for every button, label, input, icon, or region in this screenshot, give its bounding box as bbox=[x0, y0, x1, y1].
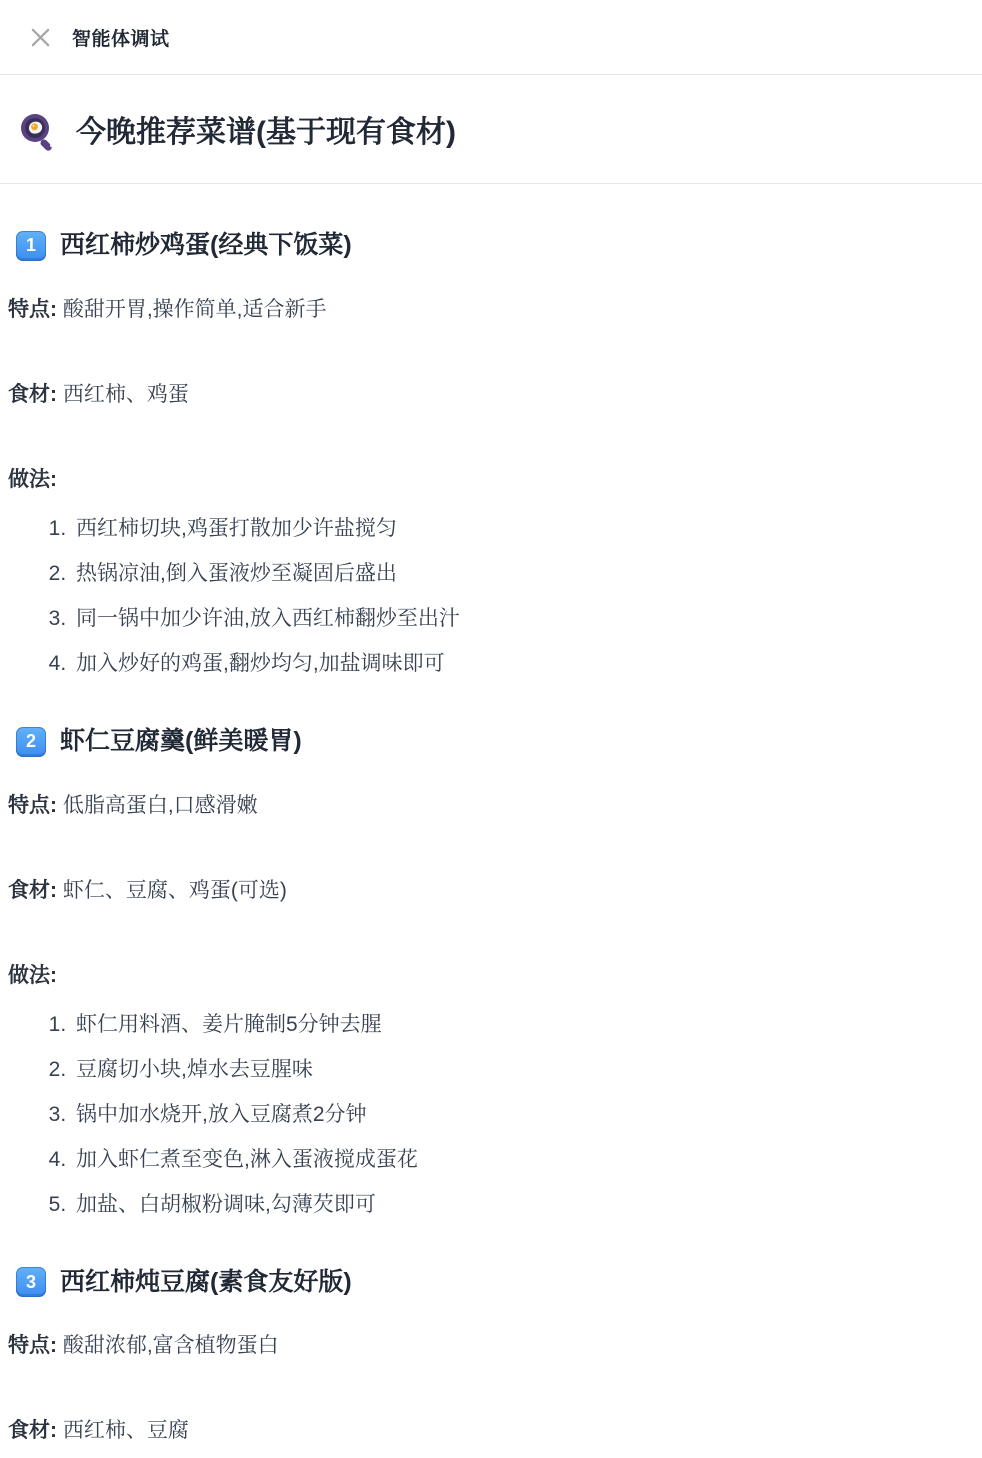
ingredients-line: 食材: 虾仁、豆腐、鸡蛋(可选) bbox=[8, 875, 958, 907]
ingredients-label: 食材: bbox=[8, 1419, 57, 1442]
frying-pan-egg-icon bbox=[18, 111, 60, 153]
feature-line: 特点: 酸甜浓郁,富含植物蛋白 bbox=[8, 1330, 958, 1362]
close-button[interactable] bbox=[28, 25, 52, 49]
debug-panel-header: 智能体调试 bbox=[0, 0, 982, 75]
steps-line: 做法: bbox=[8, 960, 958, 992]
step-item: 豆腐切小块,焯水去豆腥味 bbox=[72, 1054, 958, 1086]
step-item: 热锅凉油,倒入蛋液炒至凝固后盛出 bbox=[72, 558, 958, 590]
step-item: 西红柿切块,鸡蛋打散加少许盐搅匀 bbox=[72, 513, 958, 545]
recipe-heading: 2 虾仁豆腐羹(鲜美暖胃) bbox=[16, 725, 958, 759]
step-item: 虾仁用料酒、姜片腌制5分钟去腥 bbox=[72, 1009, 958, 1041]
steps-label: 做法: bbox=[8, 468, 57, 491]
step-item: 加入虾仁煮至变色,淋入蛋液搅成蛋花 bbox=[72, 1144, 958, 1176]
page-title-row: 今晚推荐菜谱(基于现有食材) bbox=[18, 75, 958, 183]
steps-list: 西红柿切块,鸡蛋打散加少许盐搅匀热锅凉油,倒入蛋液炒至凝固后盛出同一锅中加少许油… bbox=[8, 513, 958, 680]
divider bbox=[0, 183, 982, 184]
number-badge-icon: 3 bbox=[16, 1267, 46, 1297]
step-item: 同一锅中加少许油,放入西红柿翻炒至出汁 bbox=[72, 603, 958, 635]
feature-line: 特点: 酸甜开胃,操作简单,适合新手 bbox=[8, 294, 958, 326]
recipe-heading: 3 西红柿炖豆腐(素食友好版) bbox=[16, 1266, 958, 1300]
steps-list: 虾仁用料酒、姜片腌制5分钟去腥豆腐切小块,焯水去豆腥味锅中加水烧开,放入豆腐煮2… bbox=[8, 1009, 958, 1221]
ingredients-label: 食材: bbox=[8, 383, 57, 406]
feature-value: 酸甜浓郁,富含植物蛋白 bbox=[63, 1334, 279, 1357]
feature-label: 特点: bbox=[8, 298, 57, 321]
ingredients-value: 虾仁、豆腐、鸡蛋(可选) bbox=[63, 879, 287, 902]
feature-label: 特点: bbox=[8, 1334, 57, 1357]
feature-value: 低脂高蛋白,口感滑嫩 bbox=[63, 794, 258, 817]
page-title: 今晚推荐菜谱(基于现有食材) bbox=[76, 113, 456, 152]
steps-label: 做法: bbox=[8, 964, 57, 987]
step-item: 锅中加水烧开,放入豆腐煮2分钟 bbox=[72, 1099, 958, 1131]
panel-title: 智能体调试 bbox=[72, 24, 170, 51]
recipe-section-2: 2 虾仁豆腐羹(鲜美暖胃) 特点: 低脂高蛋白,口感滑嫩 食材: 虾仁、豆腐、鸡… bbox=[8, 725, 958, 1221]
ingredients-value: 西红柿、鸡蛋 bbox=[63, 383, 189, 406]
close-x-icon bbox=[29, 26, 52, 49]
step-item: 加盐、白胡椒粉调味,勾薄芡即可 bbox=[72, 1189, 958, 1221]
number-badge-icon: 2 bbox=[16, 727, 46, 757]
step-item: 加入炒好的鸡蛋,翻炒均匀,加盐调味即可 bbox=[72, 648, 958, 680]
recipe-section-1: 1 西红柿炒鸡蛋(经典下饭菜) 特点: 酸甜开胃,操作简单,适合新手 食材: 西… bbox=[8, 229, 958, 680]
ingredients-label: 食材: bbox=[8, 879, 57, 902]
recipe-heading: 1 西红柿炒鸡蛋(经典下饭菜) bbox=[16, 229, 958, 263]
recipe-section-3: 3 西红柿炖豆腐(素食友好版) 特点: 酸甜浓郁,富含植物蛋白 食材: 西红柿、… bbox=[8, 1266, 958, 1448]
number-badge-icon: 1 bbox=[16, 231, 46, 261]
ingredients-line: 食材: 西红柿、鸡蛋 bbox=[8, 379, 958, 411]
feature-value: 酸甜开胃,操作简单,适合新手 bbox=[63, 298, 327, 321]
recipe-document: 今晚推荐菜谱(基于现有食材) 1 西红柿炒鸡蛋(经典下饭菜) 特点: 酸甜开胃,… bbox=[0, 75, 982, 1447]
steps-line: 做法: bbox=[8, 464, 958, 496]
recipe-title: 虾仁豆腐羹(鲜美暖胃) bbox=[60, 725, 302, 759]
ingredients-line: 食材: 西红柿、豆腐 bbox=[8, 1415, 958, 1447]
ingredients-value: 西红柿、豆腐 bbox=[63, 1419, 189, 1442]
feature-line: 特点: 低脂高蛋白,口感滑嫩 bbox=[8, 790, 958, 822]
recipe-title: 西红柿炒鸡蛋(经典下饭菜) bbox=[60, 229, 352, 263]
feature-label: 特点: bbox=[8, 794, 57, 817]
recipe-title: 西红柿炖豆腐(素食友好版) bbox=[60, 1266, 352, 1300]
